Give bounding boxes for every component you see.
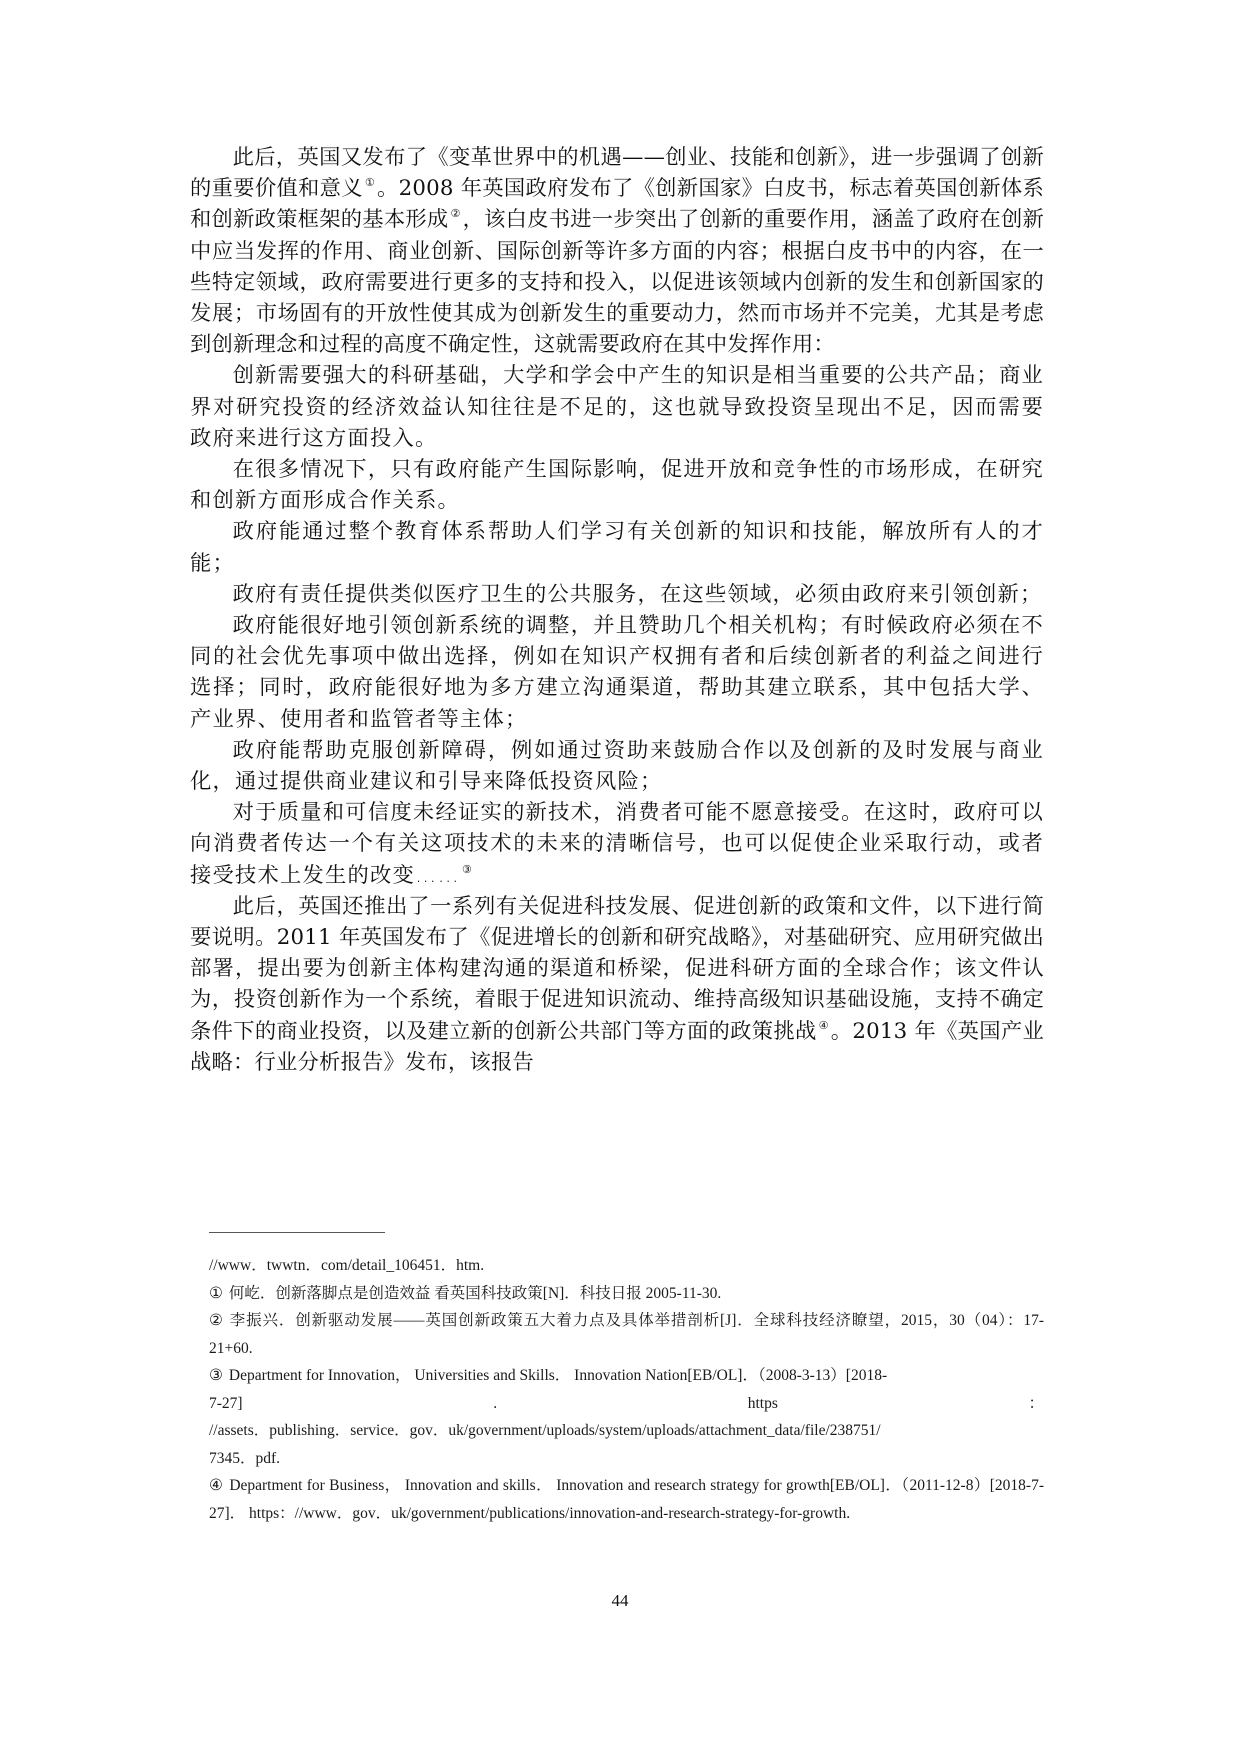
- footnote-mark: ③: [209, 1367, 223, 1384]
- footnote-continuation: //www．twwtn．com/detail_106451．htm.: [209, 1252, 1044, 1280]
- footnote-2: ②李振兴．创新驱动发展——英国创新政策五大着力点及具体举措剖析[J]．全球科技经…: [209, 1307, 1044, 1362]
- quote-new-technology: 对于质量和可信度未经证实的新技术，消费者可能不愿意接受。在这时，政府可以向消费者…: [190, 797, 1044, 891]
- footnote-ref-2[interactable]: ②: [450, 207, 460, 220]
- paragraph-growth-strategy: 此后，英国还推出了一系列有关促进科技发展、促进创新的政策和文件，以下进行简要说明…: [190, 891, 1044, 1078]
- quote-system-adjustment: 政府能很好地引领创新系统的调整，并且赞助几个相关机构；有时候政府必须在不同的社会…: [190, 610, 1044, 735]
- quote-public-services: 政府有责任提供类似医疗卫生的公共服务，在这些领域，必须由政府来引领创新；: [190, 579, 1044, 610]
- quote-international-influence: 在很多情况下，只有政府能产生国际影响，促进开放和竞争性的市场形成，在研究和创新方…: [190, 454, 1044, 516]
- footnote-separator: [209, 1232, 385, 1233]
- footnote-text: https: [748, 1390, 778, 1418]
- footnote-3: ③Department for Innovation， Universities…: [209, 1362, 1044, 1472]
- footnote-ref-4[interactable]: ④: [819, 1019, 829, 1032]
- footnote-mark: ②: [209, 1312, 224, 1329]
- footnote-ref-3[interactable]: ③: [462, 863, 473, 876]
- footnote-3-line-4: 7345．pdf.: [209, 1445, 1044, 1473]
- page-number: 44: [0, 1591, 1240, 1611]
- paragraph-innovation-nation: 此后，英国又发布了《变革世界中的机遇——创业、技能和创新》，进一步强调了创新的重…: [190, 142, 1044, 360]
- footnote-mark: ①: [209, 1285, 223, 1302]
- document-body: 此后，英国又发布了《变革世界中的机遇——创业、技能和创新》，进一步强调了创新的重…: [190, 142, 1044, 1078]
- footnote-mark: ④: [209, 1477, 223, 1494]
- footnote-text: .: [493, 1390, 497, 1418]
- footnote-text: 李振兴．创新驱动发展——英国创新政策五大着力点及具体举措剖析[J]．全球科技经济…: [209, 1312, 1044, 1357]
- footnote-text: ：: [1028, 1390, 1044, 1418]
- footnote-3-line-1: ③Department for Innovation， Universities…: [209, 1362, 1044, 1390]
- footnote-4: ④Department for Business， Innovation and…: [209, 1472, 1044, 1527]
- footnote-text: 何屹．创新落脚点是创造效益 看英国科技政策[N]．科技日报 2005-11-30…: [229, 1285, 721, 1302]
- footnote-ref-1[interactable]: ①: [365, 176, 375, 189]
- footnote-text: 7-27]: [209, 1390, 243, 1418]
- quote-education-system: 政府能通过整个教育体系帮助人们学习有关创新的知识和技能，解放所有人的才能；: [190, 516, 1044, 578]
- quote-overcome-barriers: 政府能帮助克服创新障碍，例如通过资助来鼓励合作以及创新的及时发展与商业化，通过提…: [190, 735, 1044, 797]
- footnote-text: Department for Innovation， Universities …: [229, 1367, 887, 1384]
- quote-research-base: 创新需要强大的科研基础，大学和学会中产生的知识是相当重要的公共产品；商业界对研究…: [190, 360, 1044, 454]
- footnote-3-line-2: 7-27] . https ：: [209, 1390, 1044, 1418]
- footnotes: //www．twwtn．com/detail_106451．htm. ①何屹．创…: [209, 1252, 1044, 1527]
- footnote-1: ①何屹．创新落脚点是创造效益 看英国科技政策[N]．科技日报 2005-11-3…: [209, 1280, 1044, 1308]
- footnote-3-url[interactable]: //assets．publishing．service．gov．uk/gover…: [209, 1417, 1044, 1445]
- footnote-text: Department for Business， Innovation and …: [209, 1477, 1044, 1522]
- quote-text: 对于质量和可信度未经证实的新技术，消费者可能不愿意接受。在这时，政府可以向消费者…: [190, 800, 1044, 887]
